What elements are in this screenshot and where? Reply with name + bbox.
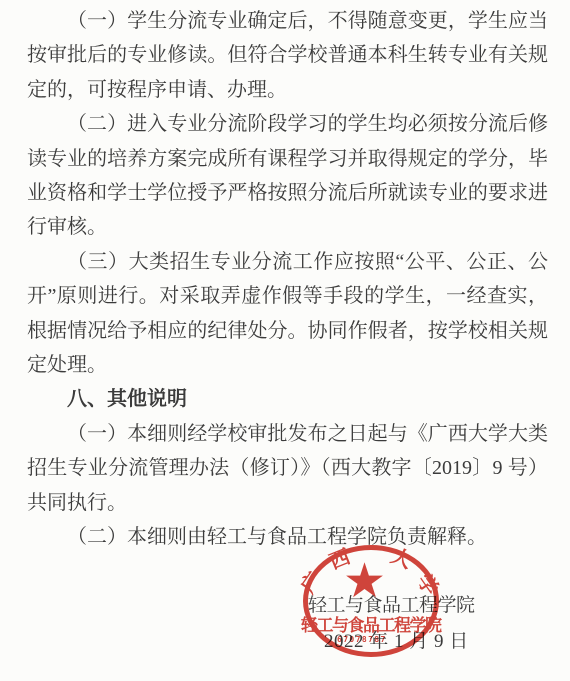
paragraph-interpretation: （二）本细则由轻工与食品工程学院负责解释。	[27, 520, 548, 554]
section-heading-other-notes: 八、其他说明	[27, 382, 548, 416]
paragraph-study-plan: （二）进入专业分流阶段学习的学生均必须按分流后修读专业的培养方案完成所有课程学习…	[27, 107, 548, 245]
signature-organization: 轻工与食品工程学院	[308, 590, 475, 617]
paragraph-student-major-fixed: （一）学生分流专业确定后，不得随意变更，学生应当按审批后的专业修读。但符合学校普…	[27, 4, 548, 107]
document-body: （一）学生分流专业确定后，不得随意变更，学生应当按审批后的专业修读。但符合学校普…	[27, 4, 548, 555]
paragraph-fairness-rules: （三）大类招生专业分流工作应按照“公平、公正、公开”原则进行。对采取弄虚作假等手…	[27, 245, 548, 383]
document-page: （一）学生分流专业确定后，不得随意变更，学生应当按审批后的专业修读。但符合学校普…	[0, 0, 570, 681]
signature-date: 2022 年 1 月 9 日	[324, 626, 469, 653]
paragraph-effective-date: （一）本细则经学校审批发布之日起与《广西大学大类招生专业分流管理办法（修订）》（…	[27, 417, 548, 520]
